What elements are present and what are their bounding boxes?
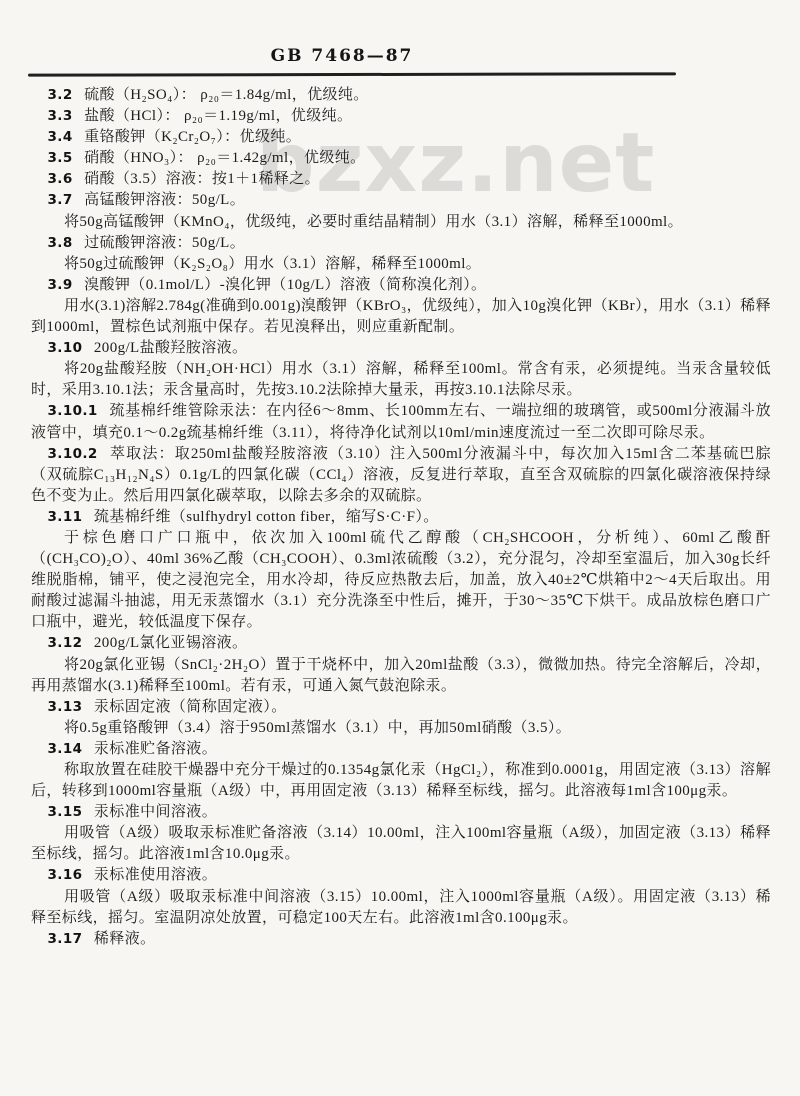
paragraph-text: 用水(3.1)溶解2.784g(准确到0.001g)溴酸钾（KBrO₃，优级纯）… — [31, 298, 771, 335]
clause-3.10.1: 3.10.1巯基棉纤维管除汞法：在内径6～8mm、长100mm左右、一端拉细的玻… — [31, 401, 771, 443]
clause-number: 3.17 — [48, 931, 83, 947]
clause-number: 3.4 — [48, 129, 73, 145]
clause-3.11: 3.11巯基棉纤维（sulfhydryl cotton fiber，缩写S·C·… — [31, 507, 771, 528]
clause-number: 3.3 — [48, 108, 73, 124]
paragraph-text: 用吸管（A级）吸取汞标准贮备溶液（3.14）10.00ml，注入100ml容量瓶… — [31, 825, 771, 862]
paragraph-text: 将20g盐酸羟胺（NH₂OH·HCl）用水（3.1）溶解，稀释至100ml。常含… — [31, 361, 771, 398]
clause-text: 萃取法：取250ml盐酸羟胺溶液（3.10）注入500ml分液漏斗中，每次加入1… — [31, 446, 771, 504]
paragraph: 将20g盐酸羟胺（NH₂OH·HCl）用水（3.1）溶解，稀释至100ml。常含… — [31, 359, 771, 401]
clause-3.8: 3.8过硫酸钾溶液：50g/L。 — [31, 233, 771, 254]
clause-3.5: 3.5硝酸（HNO₃）： ρ₂₀＝1.42g/ml，优级纯。 — [31, 148, 771, 169]
document-page: bzxz.net GB 7468—87 3.2硫酸（H₂SO₄）： ρ₂₀＝1.… — [0, 0, 800, 1096]
clause-3.4: 3.4重铬酸钾（K₂Cr₂O₇）：优级纯。 — [31, 127, 771, 148]
paragraph-text: 将50g过硫酸钾（K₂S₂O₈）用水（3.1）溶解，稀释至1000ml。 — [64, 256, 481, 272]
clause-text: 过硫酸钾溶液：50g/L。 — [84, 235, 245, 251]
paragraph-text: 称取放置在硅胶干燥器中充分干燥过的0.1354g氯化汞（HgCl₂），称准到0.… — [31, 762, 771, 799]
clause-3.2: 3.2硫酸（H₂SO₄）： ρ₂₀＝1.84g/ml，优级纯。 — [31, 85, 771, 106]
clause-3.10.2: 3.10.2萃取法：取250ml盐酸羟胺溶液（3.10）注入500ml分液漏斗中… — [31, 444, 771, 507]
clause-number: 3.13 — [48, 699, 83, 715]
clause-number: 3.9 — [48, 277, 73, 293]
clause-number: 3.8 — [48, 235, 73, 251]
clause-text: 200g/L盐酸羟胺溶液。 — [94, 340, 248, 356]
paragraph: 将0.5g重铬酸钾（3.4）溶于950ml蒸馏水（3.1）中，再加50ml硝酸（… — [31, 718, 771, 739]
clause-3.6: 3.6硝酸（3.5）溶液：按1＋1稀释之。 — [31, 169, 771, 190]
clause-text: 高锰酸钾溶液：50g/L。 — [84, 192, 245, 208]
paragraph: 将50g过硫酸钾（K₂S₂O₈）用水（3.1）溶解，稀释至1000ml。 — [31, 254, 771, 275]
clause-3.10: 3.10200g/L盐酸羟胺溶液。 — [31, 338, 771, 359]
paragraph-text: 将50g高锰酸钾（KMnO₄，优级纯，必要时重结晶精制）用水（3.1）溶解，稀释… — [64, 214, 683, 230]
clause-number: 3.14 — [48, 741, 83, 757]
clause-3.9: 3.9溴酸钾（0.1mol/L）-溴化钾（10g/L）溶液（简称溴化剂）。 — [31, 275, 771, 296]
clause-text: 巯基棉纤维（sulfhydryl cotton fiber，缩写S·C·F）。 — [94, 509, 439, 525]
clause-number: 3.6 — [48, 171, 73, 187]
clause-number: 3.12 — [48, 635, 83, 651]
clause-number: 3.7 — [48, 192, 73, 208]
clause-text: 汞标准贮备溶液。 — [94, 741, 217, 757]
clause-text: 盐酸（HCl）： ρ₂₀＝1.19g/ml，优级纯。 — [84, 108, 352, 124]
paragraph: 用水(3.1)溶解2.784g(准确到0.001g)溴酸钾（KBrO₃，优级纯）… — [31, 296, 771, 338]
paragraph: 用吸管（A级）吸取汞标准中间溶液（3.15）10.00ml，注入1000ml容量… — [31, 887, 771, 929]
clause-text: 汞标固定液（简称固定液）。 — [94, 699, 287, 715]
doc-code-header: GB 7468—87 — [0, 46, 684, 66]
paragraph: 于棕色磨口广口瓶中，依次加入100ml硫代乙醇酸（CH₂SHCOOH，分析纯）、… — [31, 528, 771, 633]
clause-text: 巯基棉纤维管除汞法：在内径6～8mm、长100mm左右、一端拉细的玻璃管，或50… — [31, 403, 771, 440]
clause-number: 3.11 — [48, 509, 83, 525]
clause-text: 稀释液。 — [94, 931, 156, 947]
clause-3.15: 3.15汞标准中间溶液。 — [31, 802, 771, 823]
clause-number: 3.10.2 — [48, 446, 98, 462]
paragraph-text: 将0.5g重铬酸钾（3.4）溶于950ml蒸馏水（3.1）中，再加50ml硝酸（… — [64, 720, 571, 736]
paragraph-text: 将20g氯化亚锡（SnCl₂·2H₂O）置于干烧杯中，加入20ml盐酸（3.3）… — [31, 657, 771, 694]
document-body: 3.2硫酸（H₂SO₄）： ρ₂₀＝1.84g/ml，优级纯。3.3盐酸（HCl… — [31, 85, 771, 950]
clause-3.17: 3.17稀释液。 — [31, 929, 771, 950]
clause-text: 溴酸钾（0.1mol/L）-溴化钾（10g/L）溶液（简称溴化剂）。 — [84, 277, 486, 293]
clause-text: 汞标准中间溶液。 — [94, 804, 217, 820]
clause-3.12: 3.12200g/L氯化亚锡溶液。 — [31, 633, 771, 654]
clause-text: 硫酸（H₂SO₄）： ρ₂₀＝1.84g/ml，优级纯。 — [84, 87, 369, 103]
clause-3.3: 3.3盐酸（HCl）： ρ₂₀＝1.19g/ml，优级纯。 — [31, 106, 771, 127]
clause-number: 3.16 — [48, 867, 83, 883]
clause-number: 3.5 — [48, 150, 73, 166]
clause-3.14: 3.14汞标准贮备溶液。 — [31, 739, 771, 760]
clause-number: 3.2 — [48, 87, 73, 103]
clause-number: 3.10 — [48, 340, 83, 356]
paragraph-text: 用吸管（A级）吸取汞标准中间溶液（3.15）10.00ml，注入1000ml容量… — [31, 889, 771, 926]
paragraph: 用吸管（A级）吸取汞标准贮备溶液（3.14）10.00ml，注入100ml容量瓶… — [31, 823, 771, 865]
clause-text: 汞标准使用溶液。 — [94, 867, 217, 883]
clause-3.16: 3.16汞标准使用溶液。 — [31, 865, 771, 886]
clause-3.7: 3.7高锰酸钾溶液：50g/L。 — [31, 190, 771, 211]
header-rule — [28, 72, 676, 76]
clause-text: 200g/L氯化亚锡溶液。 — [94, 635, 248, 651]
clause-number: 3.10.1 — [48, 403, 98, 419]
paragraph: 将20g氯化亚锡（SnCl₂·2H₂O）置于干烧杯中，加入20ml盐酸（3.3）… — [31, 655, 771, 697]
clause-text: 重铬酸钾（K₂Cr₂O₇）：优级纯。 — [84, 129, 301, 145]
paragraph: 将50g高锰酸钾（KMnO₄，优级纯，必要时重结晶精制）用水（3.1）溶解，稀释… — [31, 212, 771, 233]
paragraph-text: 于棕色磨口广口瓶中，依次加入100ml硫代乙醇酸（CH₂SHCOOH，分析纯）、… — [31, 530, 771, 630]
paragraph: 称取放置在硅胶干燥器中充分干燥过的0.1354g氯化汞（HgCl₂），称准到0.… — [31, 760, 771, 802]
clause-3.13: 3.13汞标固定液（简称固定液）。 — [31, 697, 771, 718]
clause-text: 硝酸（3.5）溶液：按1＋1稀释之。 — [84, 171, 320, 187]
clause-number: 3.15 — [48, 804, 83, 820]
clause-text: 硝酸（HNO₃）： ρ₂₀＝1.42g/ml，优级纯。 — [84, 150, 365, 166]
